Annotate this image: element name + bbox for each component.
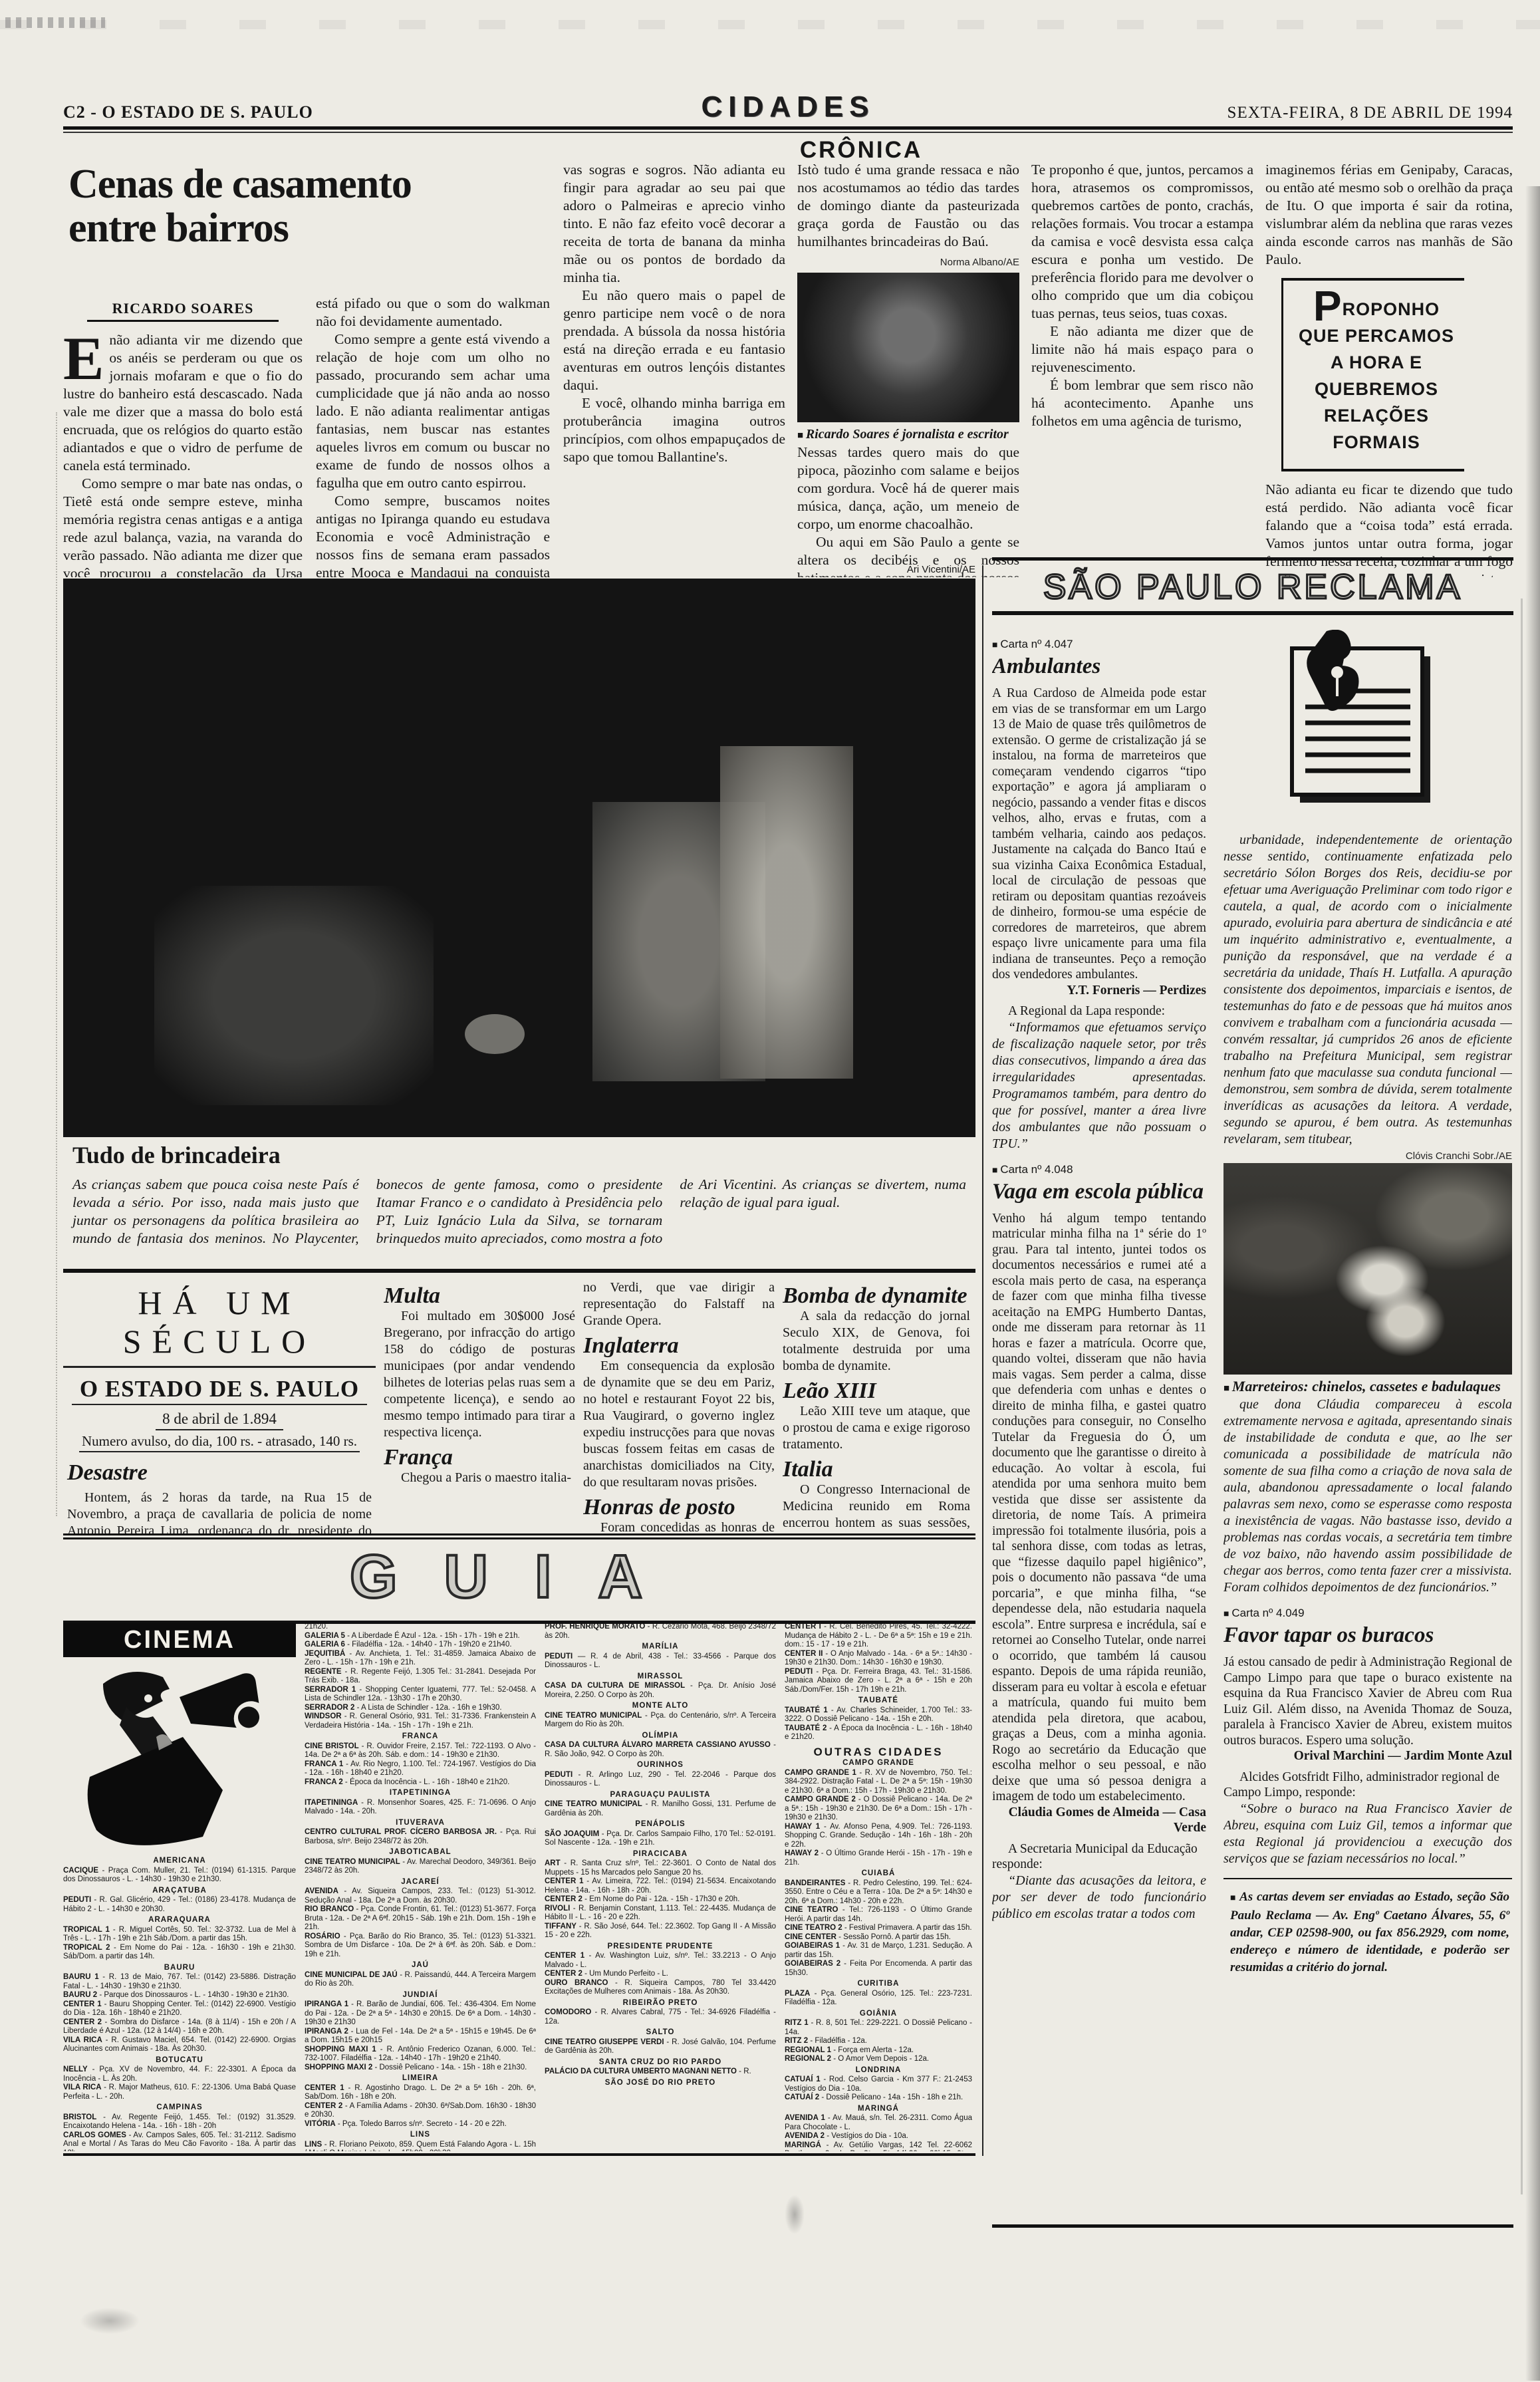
text-item: REGIONAL 2 - O Amor Vem Depois - 12a. [785,2055,972,2064]
text-item: É bom lembrar que sem risco não há acont… [1031,376,1253,430]
text-item: está pifado ou que o som do walkman não … [316,295,550,331]
text-item: LONDRINA [785,2066,972,2075]
text-item: ITAPETININGA - R. Monsenhor Soares, 425.… [305,1799,536,1817]
text-item: GALERIA 6 - Filadélfia - 12a. - 14h40 - … [305,1641,536,1650]
text-item: REGIONAL 1 - Força em Alerta - 12a. [785,2046,972,2055]
text-item: SALTO [545,2028,776,2038]
text-item: SÃO JOSÉ DO RIO PRETO [545,2079,776,2088]
text-item: LINS [305,2131,536,2140]
text-item: imaginemos férias em Genipaby, Caracas, … [1265,161,1513,269]
marreteiros-photo [1223,1163,1512,1375]
lead-paragraph: Enão adianta vir me dizendo que os anéis… [63,331,303,475]
header-rule-2 [63,132,1513,133]
article-headline: Cenas de casamento entre bairros [68,162,501,250]
text-item: CENTER I - R. Cel. Benedito Pires, 45. T… [785,1623,972,1650]
text-item: ITUVERAVA [305,1819,536,1828]
text-item: Foram concedidas as honras de coronel da… [583,1520,775,1533]
cronica-column-1: RICARDO SOARES Enão adianta vir me dizen… [63,299,303,577]
cronica-article: Cenas de casamento entre bairros RICARDO… [63,158,1513,580]
header-rule [63,126,1513,130]
cinema-illustration [63,1657,296,1851]
playcenter-photo [63,579,975,1137]
text-item: ARARAQUARA [63,1916,296,1925]
text-item: A Rua Cardoso de Almeida pode estar em v… [992,686,1206,983]
text-item: “Sobre o buraco na Rua Francisco Xavier … [1223,1801,1512,1867]
text-item: ARAÇATUBA [63,1887,296,1896]
portrait-credit: Norma Albano/AE [797,253,1019,271]
text-item: JUNDIAÍ [305,1991,536,2000]
text-item: que dona Cláudia compareceu à escola ext… [1223,1396,1512,1596]
divider-rule [63,1269,975,1273]
scan-blot [5,17,105,28]
text-item: COMODORO - R. Alvares Cabral, 775 - Tel.… [545,2008,776,2026]
page-header: C2 - O ESTADO DE S. PAULO CIDADES SEXTA-… [63,97,1513,125]
cinema-banner: CINEMA [63,1623,296,1657]
feature-photo-credit: Ari Vicentini/AE [63,564,975,575]
text-item: Italia [783,1461,970,1478]
text-item: IPIRANGA 2 - Lua de Fel - 14a. De 2ª a 5… [305,2028,536,2046]
text-item: “Diante das acusações da leitora, e por … [992,1873,1206,1922]
text-item: CUIABÁ [785,1869,972,1879]
text-item: CINE TEATRO MUNICIPAL - Av. Marechal Deo… [305,1858,536,1876]
caption-story-text: As crianças sabem que pouca coisa neste … [63,1176,975,1248]
text-item: PENÁPOLIS [545,1820,776,1829]
text-item: BOTUCATU [63,2056,296,2065]
text-item: RIVOLI - R. Benjamin Constant, 1.113. Te… [545,1905,776,1922]
text-item: OURO BRANCO - R. Siqueira Campos, 780 Te… [545,1979,776,1997]
text-item: Honras de posto [583,1499,775,1516]
text-item: CINE TEATRO MUNICIPAL - R. Manilho Gossi… [545,1800,776,1818]
text-item: RIBEIRÃO PRETO [545,1999,776,2008]
seculo-title: HÁ UM SÉCULO [63,1283,376,1368]
text-item: A sala da redacção do jornal Seculo XIX,… [783,1308,970,1375]
guia-column-3: PROF. HENRIQUE MORATO - R. Cezário Mota,… [545,1623,776,2151]
guia-bottom-rule [63,2153,975,2156]
text-item: SHOPPING MAXI 2 - Dossiê Pelicano - 14a.… [305,2063,536,2073]
text-item: CENTER 1 - Av. Limeira, 722. Tel.: (0194… [545,1877,776,1895]
text-item: Como sempre a gente está vivendo a relaç… [316,331,550,492]
ha-um-seculo: HÁ UM SÉCULO O ESTADO DE S. PAULO 8 de a… [63,1279,975,1533]
text-item: SÃO JOAQUIM - Pça. Dr. Carlos Sampaio Fi… [545,1830,776,1848]
text-item: A Regional da Lapa responde: [992,1003,1206,1019]
text-item: PROF. HENRIQUE MORATO - R. Cezário Mota,… [545,1623,776,1641]
article-byline: RICARDO SOARES [87,299,279,322]
text-item: GALERIA 5 - A Liberdade É Azul - 12a. - … [305,1632,536,1641]
scan-edge-line [1521,598,1523,2194]
text-item: BAURU 2 - Parque dos Dinossauros - L. - … [63,1991,296,2000]
text-item: CENTER II - O Anjo Malvado - 14a. - 6ª a… [785,1650,972,1668]
guia-listings: CINEMA AMERICANACACIQUE - Praça Com. Mul… [63,1623,975,2151]
marreteiros-caption: Marreteiros: chinelos, cassetes e badula… [1223,1379,1512,1396]
issue-date: SEXTA-FEIRA, 8 DE ABRIL DE 1994 [1227,104,1513,122]
reclama-left-column: Carta nº 4.047AmbulantesA Rua Cardoso de… [992,627,1206,2203]
reclama-right-column: urbanidade, independentemente de orienta… [1223,627,1512,2203]
text-item: AVENIDA 1 - Av. Mauá, s/n. Tel. 26-2311.… [785,2114,972,2132]
text-item: Favor tapar os buracos [1223,1623,1512,1648]
text-item: TROPICAL 2 - Em Nome do Pai - 12a. - 16h… [63,1944,296,1962]
text-item: AVENIDA 2 - Vestígios do Dia - 10a. [785,2132,972,2141]
text-item: RITZ 2 - Filadélfia - 12a. [785,2037,972,2046]
marreteiros-credit: Clóvis Cranchi Sobr./AE [1223,1150,1512,1162]
text-item: PEDUTI - Pça. Dr. Ferreira Braga, 43. Te… [785,1668,972,1695]
newspaper-page: C2 - O ESTADO DE S. PAULO CIDADES SEXTA-… [0,0,1540,2382]
text-item: MIRASSOL [545,1672,776,1682]
text-item: HAWAY 2 - O Último Grande Herói - 15h - … [785,1849,972,1867]
text-item: Bomba de dynamite [783,1287,970,1304]
text-item: CINE MUNICIPAL DE JAÚ - R. Paissandú, 44… [305,1971,536,1989]
text-item: CINE TEATRO 2 - Festival Primavera. A pa… [785,1924,972,1933]
text-item: TAUBATÉ [785,1696,972,1706]
text-item: HAWAY 1 - Av. Afonso Pena, 4.909. Tel.: … [785,1823,972,1850]
reclama-title-rule [992,611,1513,615]
text-item: VILA RICA - R. Gustavo Maciel, 654. Tel.… [63,2036,296,2054]
text-item: MARINGÁ - Av. Getúlio Vargas, 142 Tel. 2… [785,2141,972,2152]
text-item: TAUBATÉ 2 - A Época da Inocência - L. - … [785,1724,972,1742]
seculo-paper-name: O ESTADO DE S. PAULO [72,1376,367,1405]
text-item: Y.T. Forneris — Perdizes [992,983,1206,999]
text-item: E você, olhando minha barriga em protube… [563,394,785,466]
guia-column-4: CENTER I - R. Cel. Benedito Pires, 45. T… [785,1623,972,2151]
photo-figure-2 [720,746,853,1079]
text-item: CENTER 2 - A Família Adams - 20h30. 6ª/S… [305,2102,536,2120]
cronica-column-2: está pifado ou que o som do walkman não … [316,295,550,577]
text-item: VILA RICA - R. Major Matheus, 610. F.: 2… [63,2083,296,2101]
scan-streak [0,20,1540,29]
text-item: CENTER 1 - Av. Washington Luiz, s/nº. Te… [545,1952,776,1970]
text-item: CATUAÍ 2 - Dossiê Pelicano - 14a - 15h -… [785,2093,972,2103]
text-item: Ambulantes [992,654,1206,679]
text-item: E não adianta me dizer que de limite não… [1031,323,1253,376]
text-item: BAURU 1 - R. 13 de Maio, 767. Tel.: (014… [63,1973,296,1991]
cronica-column-3: vas sogras e sogros. Não adianta eu fing… [563,161,785,577]
text-item: Carta nº 4.047 [992,638,1206,651]
text-item: no Verdi, que vae dirigir a representaçã… [583,1279,775,1329]
text-item: GOIABEIRAS 2 - Feita Por Encomenda. A pa… [785,1960,972,1978]
text-item: GOIABEIRAS 1 - Av. 31 de Março, 1.231. S… [785,1942,972,1960]
text-item: vas sogras e sogros. Não adianta eu fing… [563,161,785,287]
portrait-caption: Ricardo Soares é jornalista e escritor [797,426,1019,444]
text-item: CATUAÍ 1 - Rod. Celso Garcia - Km 377 F.… [785,2075,972,2093]
text-item: CINE TEATRO - Tel.: 726-1193 - O Último … [785,1906,972,1924]
photo-shadow [154,886,434,1105]
text-item: SANTA CRUZ DO RIO PARDO [545,2058,776,2067]
caption-story: Tudo de brincadeira As crianças sabem qu… [63,1141,975,1265]
text-item: PRESIDENTE PRUDENTE [545,1942,776,1952]
text-item: SERRADOR 1 - Shopping Center Iguatemi, 7… [305,1686,536,1704]
text-item: PEDUTI - R. Gal. Glicério, 429 - Tel.: (… [63,1896,296,1914]
text-item: ITAPETININGA [305,1789,536,1798]
megaphone-figure-icon [63,1657,296,1851]
text-item: JABOTICABAL [305,1848,536,1857]
text-item: Desastre [67,1460,372,1486]
reclama-top-rule [992,557,1513,561]
text-item: Alcides Gotsfridt Filho, administrador r… [1223,1770,1512,1801]
text-item: VITÓRIA - Pça. Toledo Barros s/nº. Secre… [305,2120,536,2129]
text-item: CURITIBA [785,1980,972,1989]
text-item: Como sempre o mar bate nas ondas, o Tiet… [63,475,303,577]
text-item: OURINHOS [545,1761,776,1770]
section-title: CIDADES [701,90,874,124]
text-item: CENTER 1 - R. Agostinho Drago. L. De 2ª … [305,2084,536,2102]
text-item: CINE CENTER - Sessão Pornô. A partir das… [785,1933,972,1942]
text-item: BAURU [63,1964,296,1973]
text-item: OLÍMPIA [545,1732,776,1741]
text-item: CENTER 2 - Sombra do Disfarce - 14a. (8 … [63,2018,296,2036]
text-item: PIRACICABA [545,1850,776,1859]
text-item: CASA DA CULTURA ÁLVARO MARRETA CASSIANO … [545,1741,776,1759]
pull-quote: PROPONHO QUE PERCAMOS A HORA E QUEBREMOS… [1281,278,1464,471]
text-item: Já estou cansado de pedir à Administraçã… [1223,1654,1512,1748]
letters-note: As cartas devem ser enviadas ao Estado, … [1223,1878,1512,1983]
reclama-title: SÃO PAULO RECLAMA [992,567,1513,607]
text-item: CENTER 2 - Um Mundo Perfeito - L. [545,1970,776,1979]
text-item: SERRADOR 2 - A Lista de Schindler - 12a.… [305,1704,536,1713]
text-item: urbanidade, independentemente de orienta… [1223,832,1512,1148]
text-item: Cláudia Gomes de Almeida — Casa Verde [992,1805,1206,1836]
cronica-column-5: Te proponho é que, juntos, percamos a ho… [1031,161,1253,577]
text-item: MONTE ALTO [545,1702,776,1711]
text-item: Hontem, ás 2 horas da tarde, na Rua 15 d… [67,1490,372,1533]
cronica-column-4: Istò tudo é uma grande ressaca e não nos… [797,161,1019,577]
text-item: ROSÁRIO - Pça. Barão do Rio Branco, 35. … [305,1932,536,1960]
text-item: ART - R. Santa Cruz s/nº, Tel.: 22-3601.… [545,1859,776,1877]
text-item: PARAGUAÇU PAULISTA [545,1791,776,1800]
text-item: TAUBATÉ 1 - Av. Charles Schineider, 1.70… [785,1706,972,1724]
edition-label: C2 - O ESTADO DE S. PAULO [63,102,313,122]
guia-title: GUIA [63,1539,975,1614]
text-item: FRANCA 2 - Época da Inocência - L. - 16h… [305,1778,536,1787]
text-item: PEDUTI - R. Arlingo Luz, 290 - Tel. 22-2… [545,1771,776,1789]
text-item: REGENTE - R. Regente Feijó, 1.305 Tel.: … [305,1668,536,1686]
caption-story-title: Tudo de brincadeira [72,1141,975,1169]
text-item: TROPICAL 1 - R. Miguel Cortês, 50. Tel.:… [63,1926,296,1944]
text-item: Eu não quero mais o papel de genro parti… [563,287,785,394]
text-item: LINS - R. Floriano Peixoto, 859. Quem Es… [305,2141,536,2152]
text-item: Leão XIII teve um ataque, que o prostou … [783,1403,970,1453]
text-item: CAMPO GRANDE 1 - R. XV de Novembro, 750.… [785,1769,972,1796]
text-item: SHOPPING MAXI 1 - R. Antônio Frederico O… [305,2046,536,2063]
text-item: FRANCA [305,1732,536,1742]
text-item: Leão XIII [783,1383,970,1399]
text-item: Chegou a Paris o maestro italia- [384,1470,575,1486]
text-item: Nessas tardes quero mais do que pipoca, … [797,444,1019,533]
sao-paulo-reclama: SÃO PAULO RECLAMA Carta nº 4.047Ambulant… [992,557,1513,2228]
text-item: TIFFANY - R. São José, 644. Tel.: 22.360… [545,1922,776,1940]
text-item: MARÍLIA [545,1643,776,1652]
text-item: BANDEIRANTES - R. Pedro Celestino, 199. … [785,1879,972,1907]
text-item: RITZ 1 - R. 8, 501 Tel.: 229-2221. O Dos… [785,2019,972,2037]
text-item: MARINGÁ [785,2105,972,2114]
cronica-column-6: imaginemos férias em Genipaby, Caracas, … [1265,161,1513,577]
text-item: LIMEIRA [305,2074,536,2083]
seculo-column-3: no Verdi, que vae dirigir a representaçã… [583,1279,775,1533]
ricardo-soares-photo [797,273,1019,422]
text-item: CASA DA CULTURA DE MIRASSOL - Pça. Dr. A… [545,1682,776,1700]
text-item: NELLY - Pça. XV de Novembro, 44. F.: 22-… [63,2065,296,2083]
text-item: Inglaterra [583,1337,775,1354]
text-item: AMERICANA [63,1857,296,1866]
scan-blot-bottom [80,2308,140,2334]
text-item: CAMPO GRANDE [785,1759,972,1768]
letter-pen-icon [1268,630,1468,823]
scan-blot-bottom2 [785,2194,805,2234]
text-item: CARLOS GOMES - Av. Campos Sales, 605. Te… [63,2131,296,2152]
text-item: Istò tudo é uma grande ressaca e não nos… [797,161,1019,251]
guia-column-1: CINEMA AMERICANACACIQUE - Praça Com. Mul… [63,1623,296,2151]
text-item: CENTRO CULTURAL PROF. CÍCERO BARBOSA JR.… [305,1828,536,1846]
text-item: PEDUTI — R. 4 de Abril, 438 - Tel.: 33-4… [545,1653,776,1670]
text-item: CINE TEATRO GIUSEPPE VERDI - R. José Gal… [545,2038,776,2056]
text-item: Venho há algum tempo tentando matricular… [992,1211,1206,1805]
text-item: AVENIDA - Av. Siqueira Campos, 233. Tel.… [305,1887,536,1905]
fold-line [56,412,57,1516]
text-item: Carta nº 4.048 [992,1163,1206,1176]
text-item: CINE BRISTOL - R. Ouvidor Freire, 2.157.… [305,1742,536,1760]
seculo-price: Numero avulso, do dia, 100 rs. - atrasad… [79,1433,360,1452]
text-item: Te proponho é que, juntos, percamos a ho… [1031,161,1253,323]
text-item: OUTRAS CIDADES [785,1748,972,1757]
text-item: França [384,1449,575,1466]
text-item: Carta nº 4.049 [1223,1607,1512,1620]
seculo-date: 8 de abril de 1.894 [156,1410,283,1430]
guia-column-2: 21h20.GALERIA 5 - A Liberdade É Azul - 1… [305,1623,536,2151]
text-item: PLAZA - Pça. General Osório, 125. Tel.: … [785,1990,972,2008]
text-item: GOIÂNIA [785,2010,972,2019]
text-item: Orival Marchini — Jardim Monte Azul [1223,1748,1512,1764]
text-item: Foi multado em 30$000 José Bregerano, po… [384,1308,575,1441]
text-item: Em consequencia da explosão de dynamite … [583,1358,775,1491]
seculo-masthead-column: HÁ UM SÉCULO O ESTADO DE S. PAULO 8 de a… [63,1279,376,1533]
text-item: Vaga em escola pública [992,1179,1206,1204]
text-item: O Congresso Internacional de Medicina re… [783,1482,970,1533]
text-item: JAÚ [305,1961,536,1970]
text-item: BRISTOL - Av. Regente Feijó, 1.455. Tel.… [63,2113,296,2131]
text-item: CENTER 2 - Em Nome do Pai - 12a. - 15h -… [545,1895,776,1905]
vertical-divider [982,565,983,2156]
seculo-column-2: MultaFoi multado em 30$000 José Bregeran… [384,1279,575,1533]
divider-rule-2 [63,1533,975,1535]
text-item: IPIRANGA 1 - R. Barão de Jundiaí, 606. T… [305,2000,536,2028]
text-item: JEQUITIBÁ - Av. Anchieta, 1. Tel.: 31-48… [305,1650,536,1668]
photo-highlight [465,1014,525,1054]
text-item: “Informamos que efetuamos serviço de fis… [992,1019,1206,1152]
scan-edge [1525,186,1540,2381]
text-item: CAMPO GRANDE 2 - O Dossiê Pelicano - 14a… [785,1795,972,1823]
text-item: CINE TEATRO MUNICIPAL - Pça. do Centenár… [545,1712,776,1730]
text-item: JACAREÍ [305,1878,536,1887]
text-item: FRANCA 1 - Av. Rio Negro, 1.100. Tel.: 7… [305,1760,536,1778]
guia-banner: GUIA [63,1537,975,1624]
text-item: A Secretaria Municipal da Educação respo… [992,1841,1206,1873]
text-item: CAMPINAS [63,2103,296,2113]
text-item: RIO BRANCO - Pça. Conde Frontin, 61. Tel… [305,1905,536,1932]
text-item: Multa [384,1287,575,1304]
text-item: CENTER 1 - Bauru Shopping Center. Tel.: … [63,2000,296,2018]
text-item: PALÁCIO DA CULTURA UMBERTO MAGNANI NETTO… [545,2067,776,2077]
seculo-column-4: Bomba de dynamiteA sala da redacção do j… [783,1279,970,1533]
text-item: WINDSOR - R. General Osório, 931. Tel.: … [305,1712,536,1730]
drop-cap: E [63,331,109,383]
text-item: 21h20. [305,1623,536,1632]
text-item: CACIQUE - Praça Com. Muller, 21. Tel.: (… [63,1867,296,1885]
